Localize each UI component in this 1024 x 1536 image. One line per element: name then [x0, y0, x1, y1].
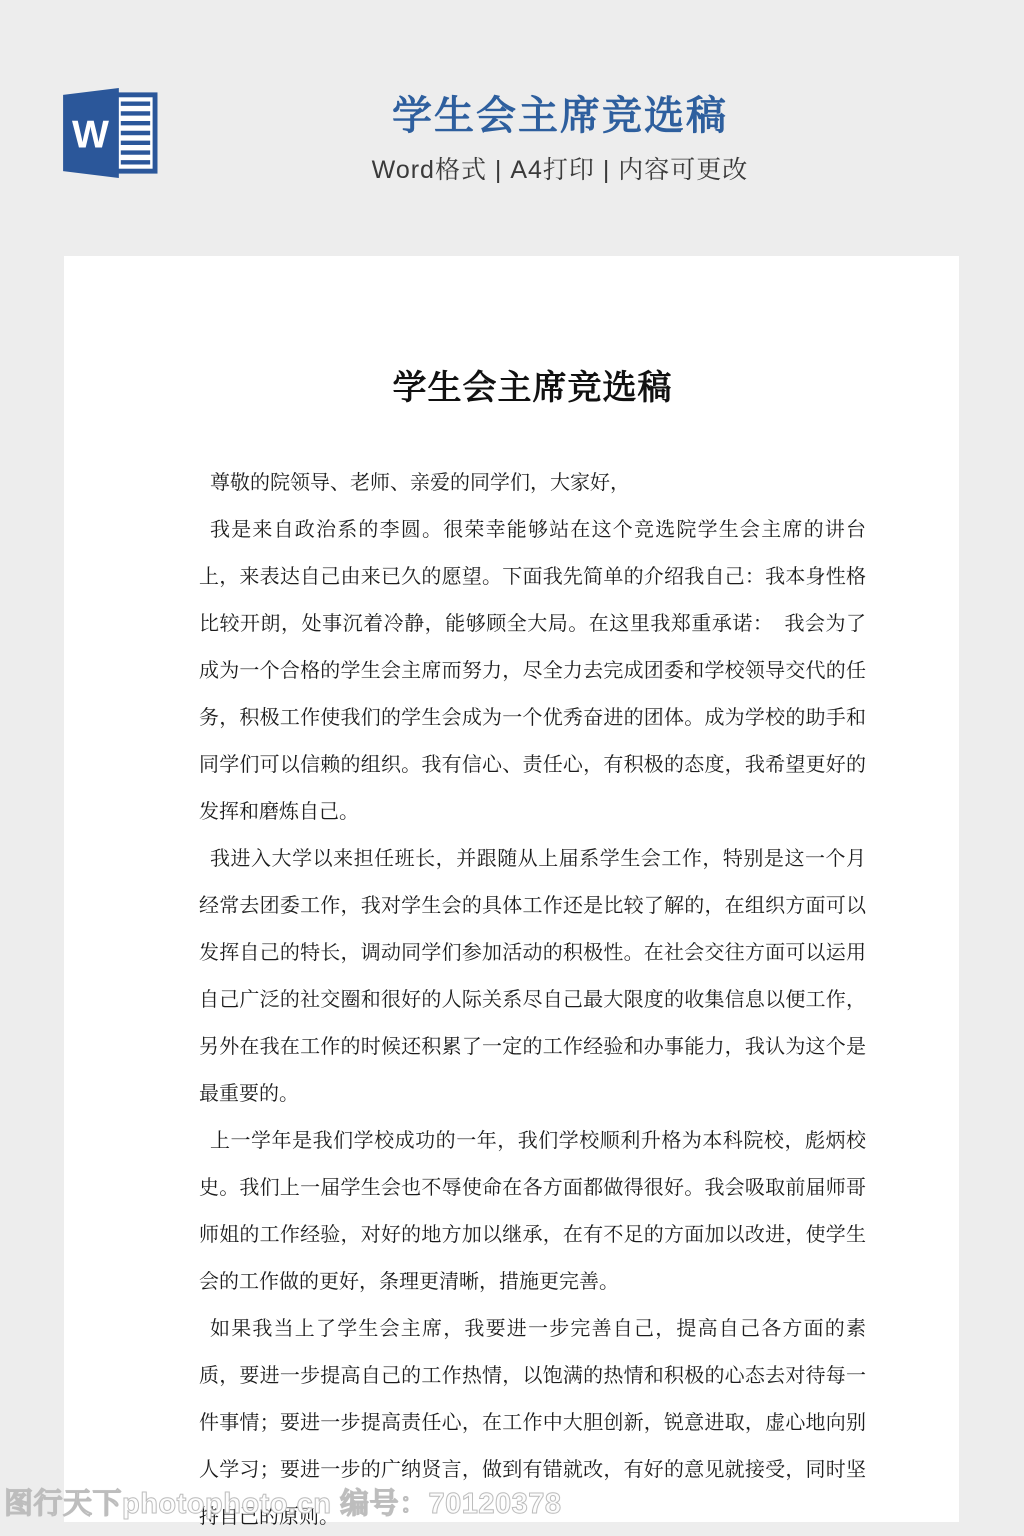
paragraph: 尊敬的院领导、老师、亲爱的同学们，大家好， [199, 460, 866, 507]
document-page: 学生会主席竞选稿 尊敬的院领导、老师、亲爱的同学们，大家好， 我是来自政治系的李… [64, 256, 959, 1522]
document-body: 尊敬的院领导、老师、亲爱的同学们，大家好， 我是来自政治系的李圆。很荣幸能够站在… [199, 460, 866, 1536]
template-title: 学生会主席竞选稿 [96, 94, 1024, 138]
header-text-block: 学生会主席竞选稿 Word格式 | A4打印 | 内容可更改 [0, 94, 1024, 184]
template-preview: W 学生会主席竞选稿 Word格式 | A4打印 | 内容可更改 学生会主席竞选… [0, 0, 1024, 1536]
site-watermark: 图行天下photophoto.cn 编号：70120378 [4, 1487, 562, 1521]
paragraph: 上一学年是我们学校成功的一年，我们学校顺利升格为本科院校，彪炳校史。我们上一届学… [199, 1118, 866, 1306]
paragraph: 我进入大学以来担任班长，并跟随从上届系学生会工作，特别是这一个月经常去团委工作，… [199, 836, 866, 1118]
template-subtitle: Word格式 | A4打印 | 内容可更改 [96, 156, 1024, 184]
paragraph: 我是来自政治系的李圆。很荣幸能够站在这个竞选院学生会主席的讲台上，来表达自己由来… [199, 507, 866, 836]
document-title: 学生会主席竞选稿 [199, 368, 866, 410]
header: W 学生会主席竞选稿 Word格式 | A4打印 | 内容可更改 [0, 0, 1024, 256]
